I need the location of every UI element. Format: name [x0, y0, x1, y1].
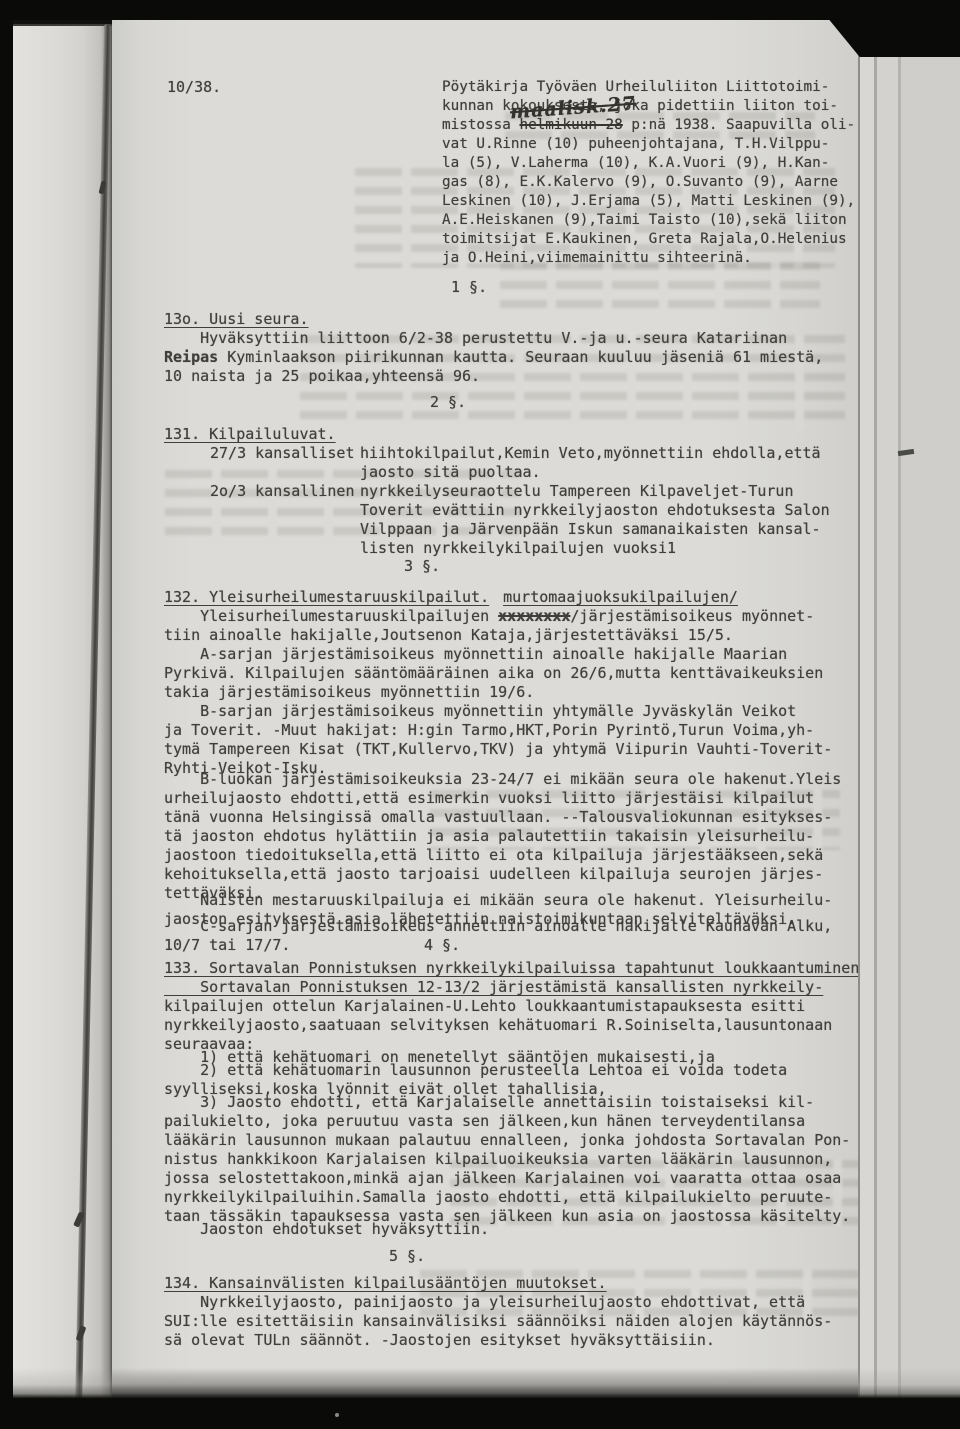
intro-lines-before: Pöytäkirja Työväen Urheiluliiton Liittot… — [442, 79, 838, 114]
section-133-point3: 3) Jaosto ehdotti, että Karjalaiselle an… — [164, 1093, 852, 1226]
permit-date: 27/3 kansalliset — [210, 444, 360, 482]
permit-item: 2o/3 kansallinen nyrkkeilyseuraottelu Ta… — [164, 482, 852, 558]
s133-body-rest: kilpailujen ottelun Karjalainen-U.Lehto … — [164, 997, 832, 1053]
section-131-title: 131. Kilpailuluvat. — [164, 425, 852, 444]
section-132-para1: Yleisurheilumestaruuskilpailujen xxxxxxx… — [164, 607, 852, 645]
section-134-title: 134. Kansainvälisten kilpailusääntöjen m… — [164, 1274, 852, 1293]
section-132-para3: B-sarjan järjestämisoikeus myönnettiin y… — [164, 702, 852, 778]
permit-date: 2o/3 kansallinen — [210, 482, 360, 558]
p1-pre: Yleisurheilumestaruuskilpailujen — [164, 607, 498, 625]
scan-border-left — [0, 0, 13, 1429]
paragraph-mark-2: 2 §. — [430, 393, 852, 412]
section-130-title: 13o. Uusi seura. — [164, 310, 852, 329]
permit-item: 27/3 kansalliset hiihtokilpailut,Kemin V… — [164, 444, 852, 482]
permit-text: hiihtokilpailut,Kemin Veto,myönnettiin e… — [360, 444, 821, 482]
paragraph-mark-5: 5 §. — [389, 1247, 852, 1266]
s133-underlined-line: Sortavalan Ponnistuksen 12-13/2 järjestä… — [164, 978, 823, 996]
meeting-intro: Pöytäkirja Työväen Urheiluliiton Liittot… — [442, 78, 852, 268]
case-number: 10/38. — [167, 78, 221, 97]
paragraph-mark-4: 4 §. — [424, 936, 852, 955]
section-132-title-line: 132. Yleisurheilumestaruuskilpailut.murt… — [164, 588, 852, 607]
scan-border-bottom — [0, 1398, 960, 1429]
intro-line3-post: p:nä 1938. Saapuvilla oli- — [623, 117, 855, 133]
page-edge-stack — [858, 20, 960, 1398]
book-scan: 10/38. Pöytäkirja Työväen Urheiluliiton … — [0, 0, 960, 1429]
section-133-body: Sortavalan Ponnistuksen 12-13/2 järjestä… — [164, 978, 852, 1054]
paragraph-mark-1: 1 §. — [451, 278, 852, 297]
paragraph-mark-3: 3 §. — [404, 557, 852, 576]
typed-strikeout: xxxxxxxx — [498, 607, 570, 625]
intro-line3-pre: mistossa — [442, 117, 519, 133]
permit-text: nyrkkeilyseuraottelu Tampereen Kilpavelj… — [360, 482, 830, 558]
left-page-curl — [13, 24, 112, 1400]
section-132-para4: B-luokan järjestämisoikeuksia 23-24/7 ei… — [164, 770, 852, 903]
page-bottom-edge — [13, 1368, 960, 1398]
overtyped-word: Reipas — [164, 348, 218, 366]
section-132-title: 132. Yleisurheilumestaruuskilpailut. — [164, 588, 489, 606]
s130-body-pre: Hyväksyttiin liittoon 6/2-38 perustettu … — [164, 329, 787, 347]
section-133-title: 133. Sortavalan Ponnistuksen nyrkkeilyki… — [164, 959, 852, 978]
s130-body-post: Kyminlaakson piirikunnan kautta. Seuraan… — [164, 348, 823, 385]
scan-border-top — [0, 0, 960, 20]
section-132-para2: A-sarjan järjestämisoikeus myönnettiin a… — [164, 645, 852, 702]
scan-artifact-dot — [335, 1413, 339, 1417]
inserted-correction: murtomaajuoksukilpailujen/ — [503, 588, 738, 606]
document-page: 10/38. Pöytäkirja Työväen Urheiluliiton … — [112, 20, 858, 1398]
page-content: 10/38. Pöytäkirja Työväen Urheiluliiton … — [112, 20, 858, 1350]
intro-lines-after: vat U.Rinne (10) puheenjohtajana, T.H.Vi… — [442, 136, 855, 266]
section-130-body: Hyväksyttiin liittoon 6/2-38 perustettu … — [164, 329, 852, 386]
section-134-body: Nyrkkeilyjaosto, painijaosto ja yleisurh… — [164, 1293, 852, 1350]
